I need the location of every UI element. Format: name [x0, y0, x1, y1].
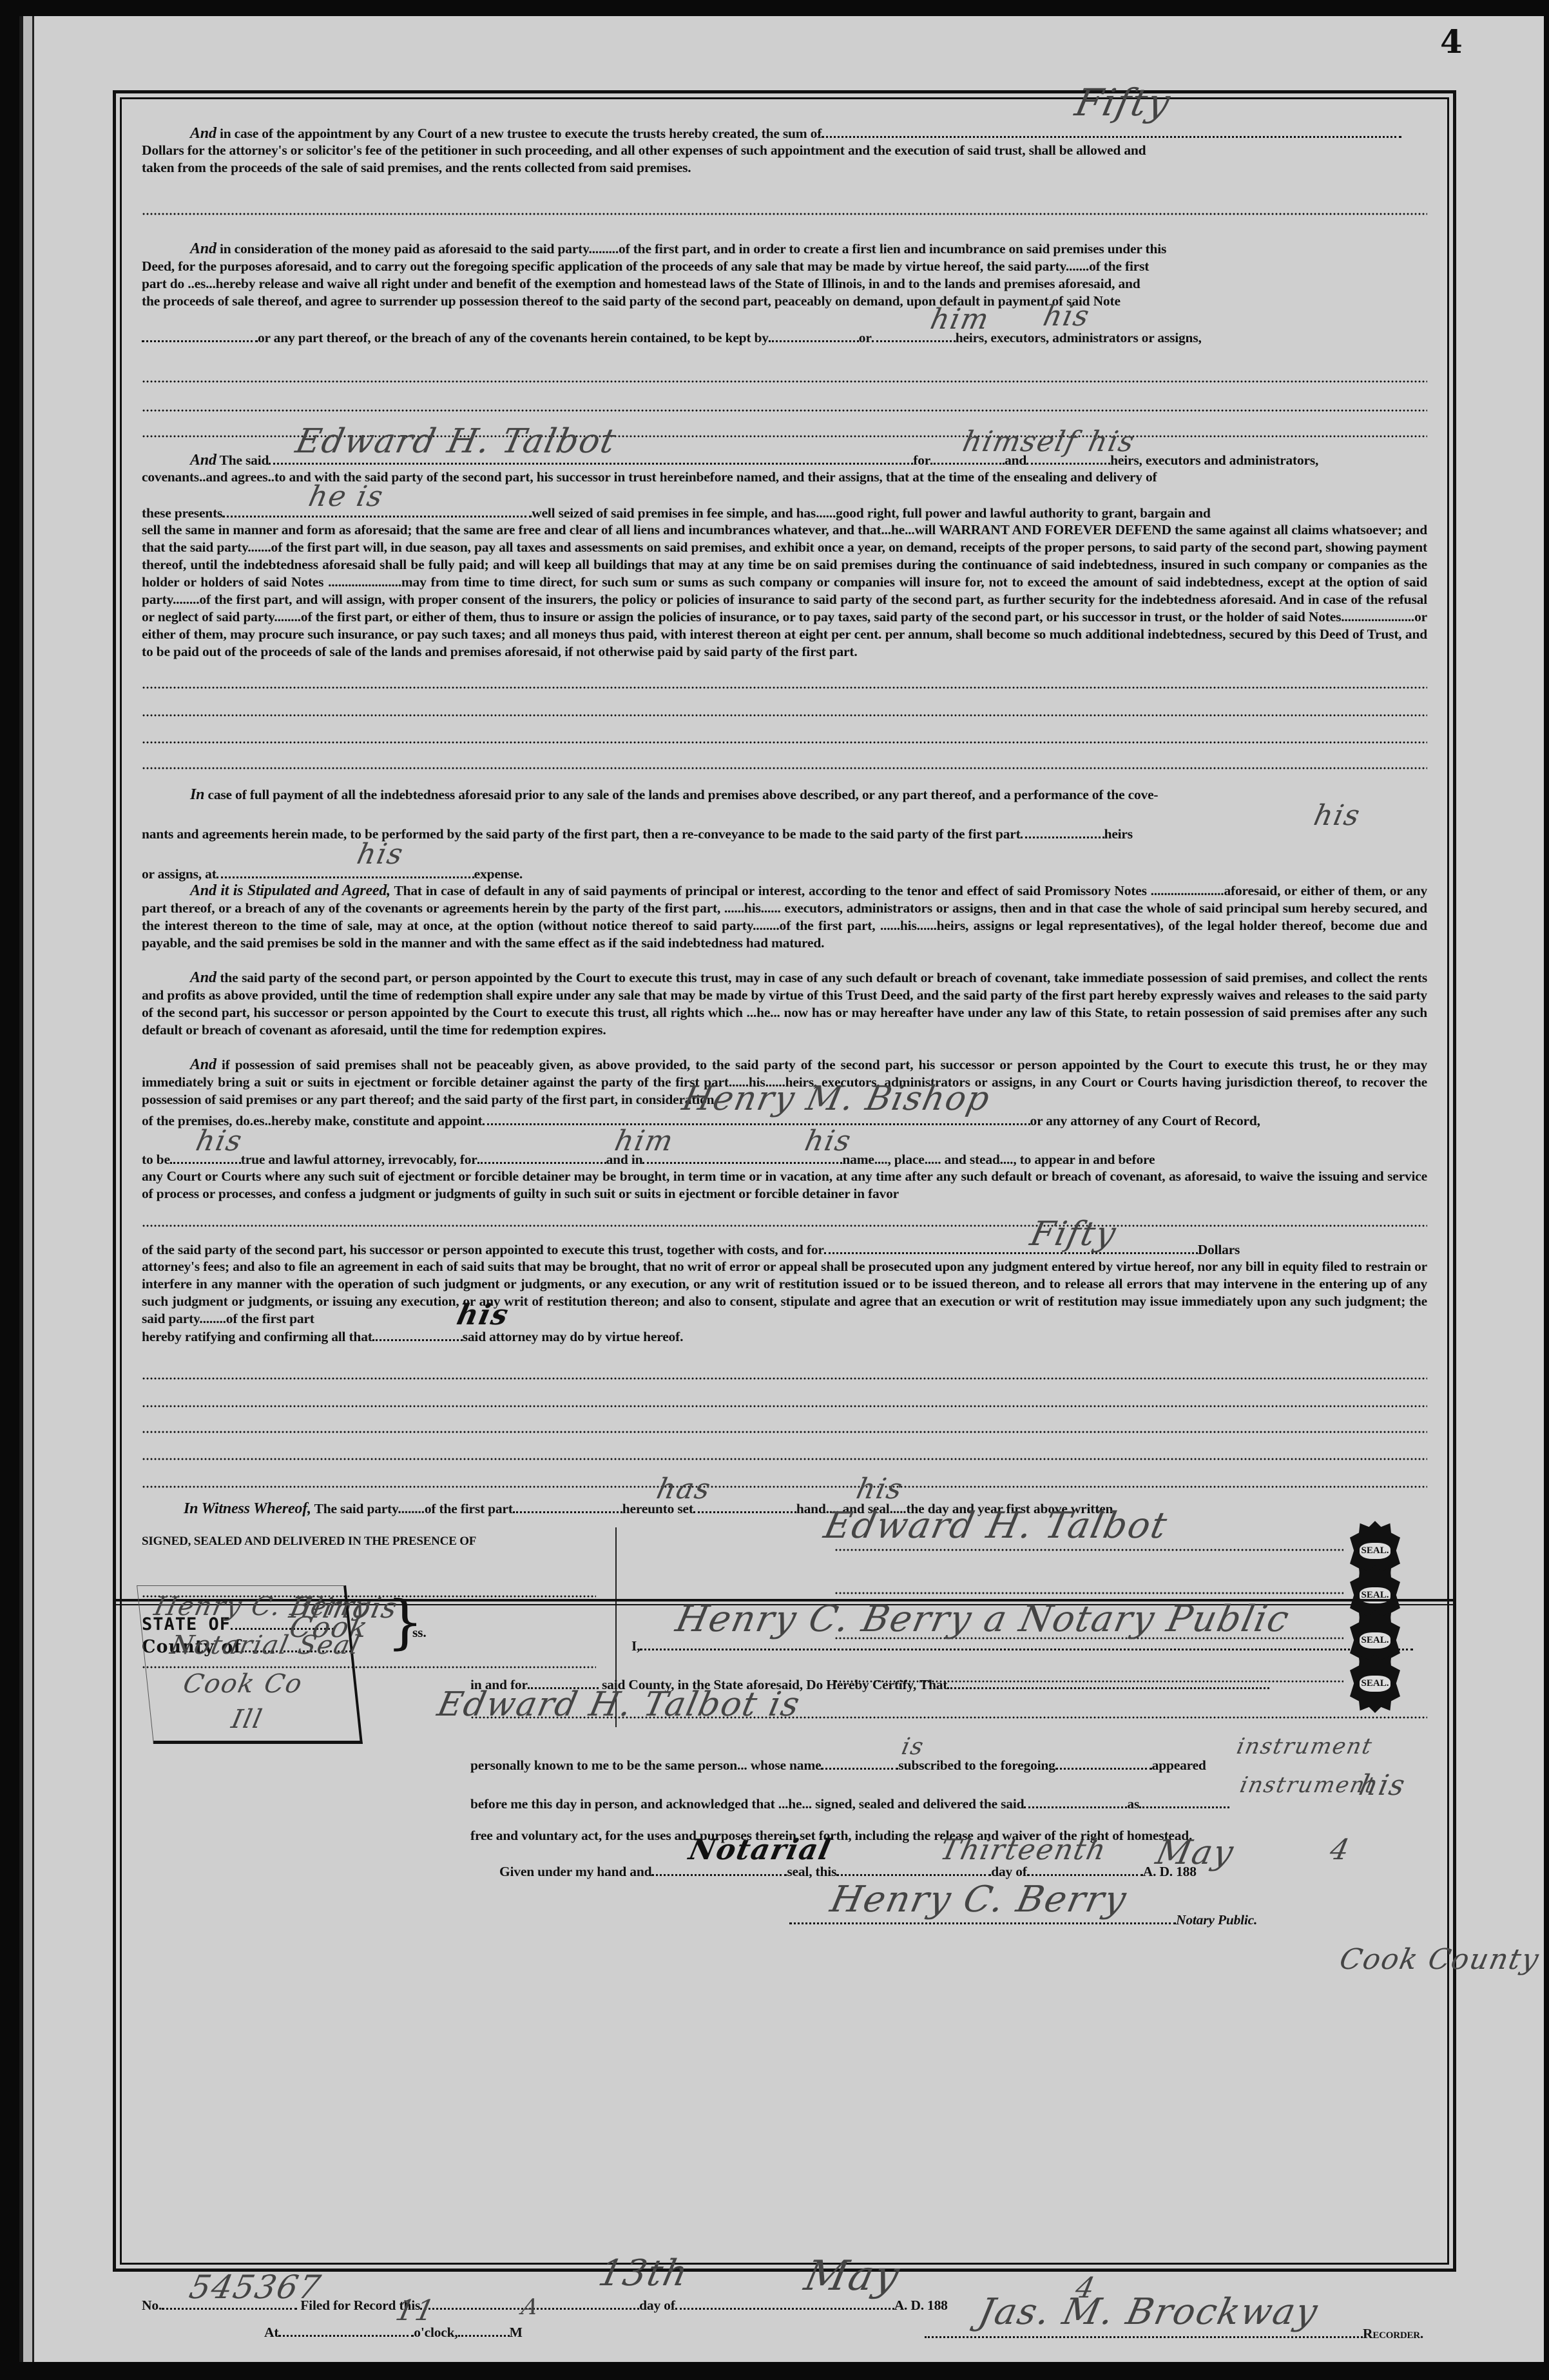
trustee-fee-line-1: And in case of the appointment by any Co…	[142, 124, 1427, 142]
bracket: }	[387, 1589, 423, 1656]
handwritten-filed-day: 13th	[595, 2252, 693, 2294]
handwritten-his: his	[854, 1473, 907, 1505]
ratify-line: hereby ratifying and confirming all that…	[142, 1328, 1427, 1346]
handwritten-his: his	[1086, 425, 1139, 458]
handwritten-his: his	[1311, 799, 1364, 832]
handwritten-him: him	[928, 303, 993, 336]
handwritten-fifty: Fifty	[1027, 1215, 1121, 1253]
homestead-line-4: the proceeds of sale thereof, and agree …	[142, 293, 1427, 310]
handwritten-instrument: instrument	[1235, 1734, 1375, 1759]
fill-line	[142, 686, 1427, 689]
handwritten-his: his	[1041, 300, 1093, 333]
handwritten-filed-month: May	[800, 2252, 905, 2300]
page-binding-edge	[23, 16, 34, 2362]
fill-line	[142, 714, 1427, 717]
handwritten-notarial: Notarial	[686, 1833, 834, 1866]
handwritten-document-number: 545367	[186, 2269, 325, 2306]
handwritten-his: his	[802, 1125, 855, 1157]
handwritten-cook-county: Cook County	[1337, 1943, 1543, 1976]
seal-box-line: Notarial Seal	[168, 1630, 363, 1660]
stipulated-paragraph: And it is Stipulated and Agreed, That in…	[142, 882, 1427, 952]
ejectment-body-2: any Court or Courts where any such suit …	[142, 1168, 1427, 1203]
ejectment-body-3: attorney's fees; and also to file an agr…	[142, 1258, 1427, 1328]
fill-line	[142, 380, 1427, 383]
fill-line	[142, 1377, 1427, 1380]
full-payment-line-3: or assigns, atexpense.	[142, 865, 1427, 883]
homestead-line-3: part do ..es...hereby release and waive …	[142, 275, 1427, 293]
fill-line	[470, 1716, 1427, 1719]
seal-box-line: Ill	[229, 1705, 265, 1734]
trustee-fee-line-2: Dollars for the attorney's or solicitor'…	[142, 142, 1427, 159]
fill-line	[142, 213, 1427, 215]
handwritten-himself: himself	[960, 425, 1081, 458]
seal-box-line: Henry C. Berry	[151, 1592, 374, 1621]
handwritten-month: May	[1153, 1833, 1238, 1872]
homestead-line-1: And in consideration of the money paid a…	[142, 240, 1427, 258]
handwritten-him: him	[612, 1125, 677, 1157]
fill-line	[142, 741, 1427, 744]
fill-line	[142, 1405, 1427, 1408]
witness-presence-label: SIGNED, SEALED AND DELIVERED IN THE PRES…	[142, 1533, 1427, 1550]
grantor-signature-line[interactable]	[834, 1549, 1343, 1551]
handwritten-attorney-name: Henry M. Bishop	[679, 1079, 994, 1118]
possession-paragraph: And the said party of the second part, o…	[142, 969, 1427, 1039]
homestead-line-2: Deed, for the purposes aforesaid, and to…	[142, 258, 1427, 275]
notary-public-line: Notary Public.	[789, 1911, 1427, 1929]
trustee-fee-line-3: taken from the proceeds of the sale of s…	[142, 159, 1427, 177]
fill-line	[142, 1224, 1427, 1227]
costs-line: of the said party of the second part, hi…	[142, 1241, 1427, 1259]
grantor-signature: Edward H. Talbot	[820, 1505, 1171, 1547]
fill-line	[142, 1458, 1427, 1460]
attorney-line: to betrue and lawful attorney, irrevocab…	[142, 1150, 1427, 1168]
homestead-line-5: or any part thereof, or the breach of an…	[142, 329, 1427, 347]
page-number: 4	[1440, 23, 1463, 61]
recorder-line: Recorder.	[925, 2325, 1427, 2343]
fill-line	[142, 1485, 1427, 1488]
full-payment-line-2: nants and agreements herein made, to be …	[142, 825, 1427, 843]
covenants-body: sell the same in manner and form as afor…	[142, 521, 1427, 661]
fill-line	[142, 1431, 1427, 1433]
signature-line[interactable]	[834, 1592, 1343, 1594]
deed-frame: And in case of the appointment by any Co…	[113, 90, 1456, 2272]
handwritten-his: his	[193, 1125, 246, 1157]
fill-line	[142, 767, 1427, 769]
handwritten-he-is: he is	[306, 480, 387, 513]
handwritten-his: his	[454, 1299, 512, 1331]
handwritten-notary-name: Henry C. Berry a Notary Public	[672, 1598, 1294, 1640]
witness-line: In Witness Whereof, The said party......…	[142, 1500, 1427, 1518]
handwritten-day: Thirteenth	[938, 1833, 1110, 1866]
handwritten-trustee-sum: Fifty	[1072, 81, 1175, 124]
handwritten-his: his	[1356, 1769, 1409, 1802]
seal-box-line: Cook Co	[180, 1669, 305, 1699]
fill-line	[142, 409, 1427, 412]
handwritten-his: his	[354, 838, 407, 871]
handwritten-hour: 11	[393, 2294, 439, 2327]
handwritten-grantor-name: Edward H. Talbot	[293, 422, 620, 461]
handwritten-has: has	[654, 1473, 715, 1505]
full-payment-line-1: In case of full payment of all the indeb…	[142, 786, 1427, 804]
